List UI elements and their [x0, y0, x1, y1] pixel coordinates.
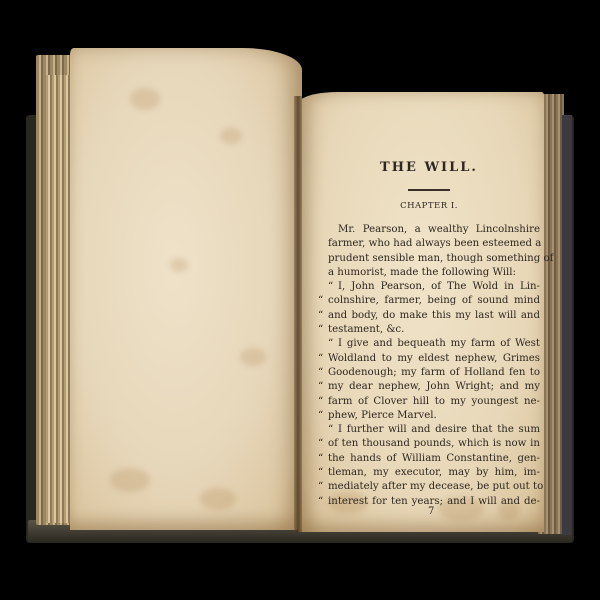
chapter-heading: CHAPTER I.	[318, 201, 540, 211]
text-line: “I further will and desire that the sum	[318, 423, 540, 437]
line-text: my dear nephew, John Wright; and my	[328, 381, 540, 392]
line-text: I, John Pearson, of The Wold in Lin-	[338, 281, 540, 292]
photo-scene: THE WILL. CHAPTER I. Mr. Pearson, a weal…	[0, 0, 600, 600]
line-text: colnshire, farmer, being of sound mind	[328, 295, 540, 306]
quote-mark: “	[328, 423, 338, 437]
left-page	[70, 48, 302, 530]
text-line: “I, John Pearson, of The Wold in Lin-	[318, 280, 540, 294]
line-text: Mr. Pearson, a wealthy Lincolnshire	[338, 224, 540, 235]
quote-mark: “	[318, 309, 328, 323]
book-spine-edge	[562, 115, 572, 535]
page-number: 7	[428, 506, 434, 517]
text-line: “phew, Pierce Marvel.	[318, 409, 540, 423]
quote-mark: “	[318, 294, 328, 308]
line-text: tleman, my executor, may by him, im-	[328, 467, 540, 478]
left-page-stack-inner	[46, 75, 72, 523]
text-line: “of ten thousand pounds, which is now in	[318, 437, 540, 451]
line-text: and body, do make this my last will and	[328, 310, 540, 321]
text-line: “the hands of William Constantine, gen-	[318, 452, 540, 466]
quote-mark: “	[318, 366, 328, 380]
text-line: “tleman, my executor, may by him, im-	[318, 466, 540, 480]
text-line: “my dear nephew, John Wright; and my	[318, 380, 540, 394]
line-text: I further will and desire that the sum	[338, 424, 540, 435]
right-page-text: THE WILL. CHAPTER I. Mr. Pearson, a weal…	[318, 160, 540, 509]
text-line: farmer, who had always been esteemed a	[318, 237, 540, 251]
line-text: I give and bequeath my farm of West	[338, 338, 540, 349]
foxing-stain	[110, 468, 150, 492]
line-text: farmer, who had always been esteemed a	[328, 238, 541, 249]
quote-mark: “	[318, 380, 328, 394]
text-line: “I give and bequeath my farm of West	[318, 337, 540, 351]
line-text: farm of Clover hill to my youngest ne-	[328, 396, 540, 407]
line-text: testament, &c.	[328, 324, 404, 335]
quote-mark: “	[318, 495, 328, 509]
line-text: interest for ten years; and I will and d…	[328, 496, 540, 507]
line-text: Goodenough; my farm of Holland fen to	[328, 367, 540, 378]
text-line: Mr. Pearson, a wealthy Lincolnshire	[318, 223, 540, 237]
quote-mark: “	[318, 395, 328, 409]
quote-mark: “	[318, 480, 328, 494]
line-text: the hands of William Constantine, gen-	[328, 453, 540, 464]
title-rule	[408, 189, 450, 191]
foxing-stain	[240, 348, 266, 366]
text-line: “and body, do make this my last will and	[318, 309, 540, 323]
line-text: mediately after my decease, be put out t…	[328, 481, 543, 492]
text-line: a humorist, made the following Will:	[318, 266, 540, 280]
line-text: of ten thousand pounds, which is now in	[328, 438, 540, 449]
quote-mark: “	[318, 452, 328, 466]
text-line: prudent sensible man, though something o…	[318, 252, 540, 266]
foxing-stain	[200, 488, 236, 510]
quote-mark: “	[318, 466, 328, 480]
book-gutter	[294, 96, 302, 532]
text-line: “Goodenough; my farm of Holland fen to	[318, 366, 540, 380]
line-text: Woldland to my eldest nephew, Grimes	[328, 353, 540, 364]
quote-mark: “	[328, 337, 338, 351]
quote-mark: “	[328, 280, 338, 294]
foxing-stain	[130, 88, 160, 110]
line-text: a humorist, made the following Will:	[328, 267, 516, 278]
quote-mark: “	[318, 323, 328, 337]
foxing-stain	[220, 128, 242, 144]
body-text: Mr. Pearson, a wealthy Lincolnshirefarme…	[318, 223, 540, 509]
text-line: “farm of Clover hill to my youngest ne-	[318, 395, 540, 409]
quote-mark: “	[318, 352, 328, 366]
line-text: prudent sensible man, though something o…	[328, 253, 553, 264]
text-line: “mediately after my decease, be put out …	[318, 480, 540, 494]
line-text: phew, Pierce Marvel.	[328, 410, 437, 421]
quote-mark: “	[318, 437, 328, 451]
text-line: “testament, &c.	[318, 323, 540, 337]
book-title: THE WILL.	[318, 160, 540, 175]
text-line: “colnshire, farmer, being of sound mind	[318, 294, 540, 308]
foxing-stain	[170, 258, 188, 272]
text-line: “Woldland to my eldest nephew, Grimes	[318, 352, 540, 366]
quote-mark: “	[318, 409, 328, 423]
